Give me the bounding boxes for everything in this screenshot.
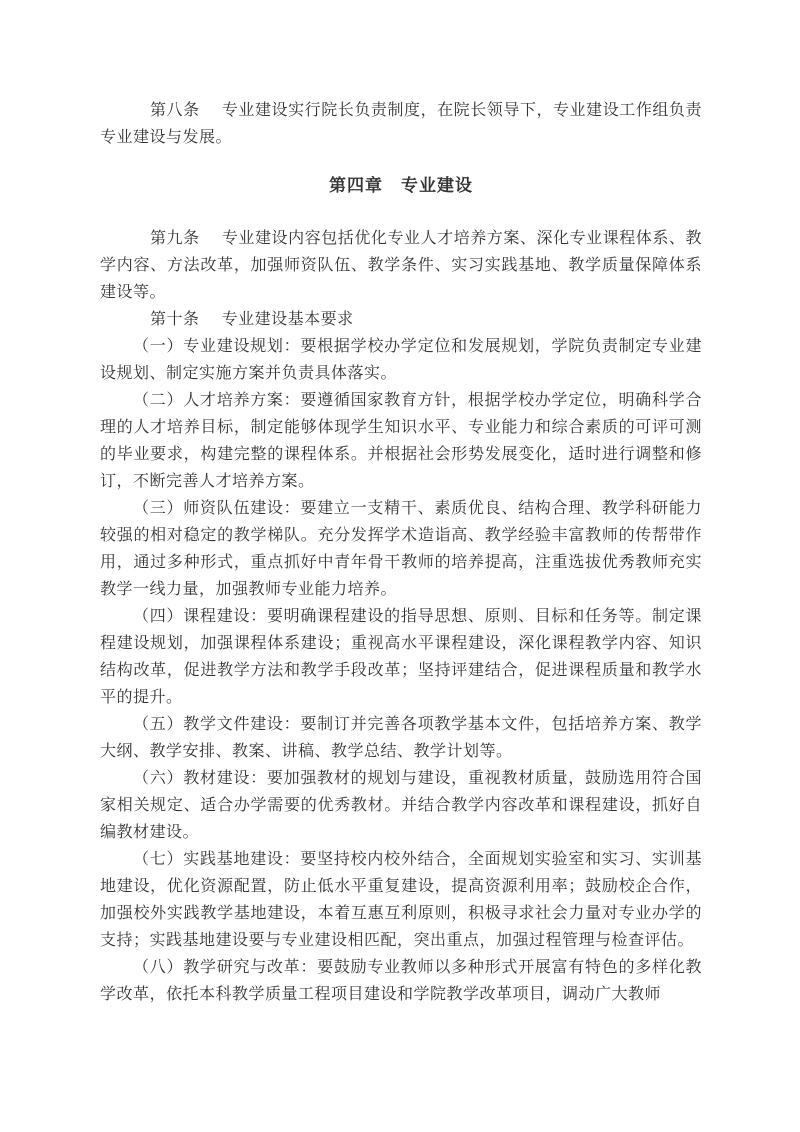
paragraph-item-7: （七）实践基地建设：要坚持校内校外结合，全面规划实验室和实习、实训基地建设，优化… bbox=[100, 845, 702, 953]
paragraph-item-1: （一）专业建设规划：要根据学校办学定位和发展规划，学院负责制定专业建设规划、制定… bbox=[100, 332, 702, 386]
paragraph-item-8: （八）教学研究与改革：要鼓励专业教师以多种形式开展富有特色的多样化教学改革，依托… bbox=[100, 953, 702, 1007]
paragraph-article-8: 第八条 专业建设实行院长负责制度，在院长领导下，专业建设工作组负责专业建设与发展… bbox=[100, 96, 702, 150]
paragraph-item-4: （四）课程建设：要明确课程建设的指导思想、原则、目标和任务等。制定课程建设规划，… bbox=[100, 602, 702, 710]
chapter-heading: 第四章 专业建设 bbox=[100, 173, 702, 200]
document-page: 第八条 专业建设实行院长负责制度，在院长领导下，专业建设工作组负责专业建设与发展… bbox=[0, 0, 800, 1132]
paragraph-article-10: 第十条 专业建设基本要求 bbox=[100, 305, 702, 332]
paragraph-item-5: （五）教学文件建设：要制订并完善各项教学基本文件，包括培养方案、教学大纲、教学安… bbox=[100, 710, 702, 764]
paragraph-article-9: 第九条 专业建设内容包括优化专业人才培养方案、深化专业课程体系、教学内容、方法改… bbox=[100, 224, 702, 305]
paragraph-item-2: （二）人才培养方案：要遵循国家教育方针，根据学校办学定位，明确科学合理的人才培养… bbox=[100, 386, 702, 494]
paragraph-item-3: （三）师资队伍建设：要建立一支精干、素质优良、结构合理、教学科研能力较强的相对稳… bbox=[100, 494, 702, 602]
paragraph-item-6: （六）教材建设：要加强教材的规划与建设，重视教材质量，鼓励选用符合国家相关规定、… bbox=[100, 764, 702, 845]
